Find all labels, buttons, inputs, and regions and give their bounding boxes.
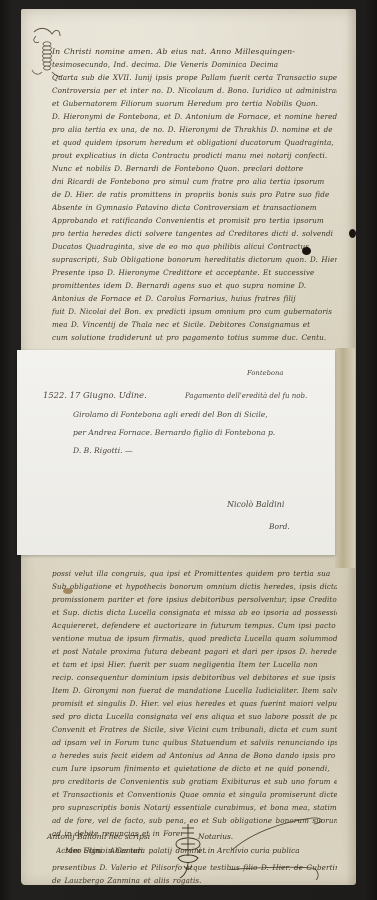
ink-stain (63, 588, 73, 594)
text-line: et Gubernatorem Filiorum suorum Heredum … (52, 97, 337, 110)
label-line: D. B. Rigotti. — (73, 446, 133, 455)
text-line: Ducatos Quadraginta, sive de eo mo quo p… (52, 240, 337, 253)
notary-archive-note: et in Archivio curia publica (198, 846, 300, 855)
notary-signum-note: Meo Signo. Alies tuli (65, 846, 143, 855)
text-line: Nunc et nobilis D. Bernardi de Fontebono… (52, 162, 337, 175)
text-line: Presente ipso D. Hieronyme Credittore et… (52, 266, 337, 279)
text-line: Antonius de Fornace et D. Carolus Fornar… (52, 292, 337, 305)
text-line: tesimosecundo, Ind. decima. Die Veneris … (52, 58, 337, 71)
text-line: mea D. Vincentij de Thala nec et Sicile.… (52, 318, 337, 331)
text-line: suprascripti, Sub Obligatione bonorum he… (52, 253, 337, 266)
label-fold-edge (335, 348, 355, 568)
label-line: per Andrea Fornace. Bernardo figlio di F… (73, 428, 275, 437)
text-line: pro alia tertia ex una, de no. D. Hieron… (52, 123, 337, 136)
text-line: ventione mutua de ipsum firmatis, quod p… (52, 632, 337, 645)
text-line: Convenit et Fratres de Sicile, sive Vici… (52, 723, 337, 736)
text-line: et quod quidem ipsorum heredum et obliga… (52, 136, 337, 149)
text-line: pro creditoris de Convenientis sub grati… (52, 775, 337, 788)
notary-name: Antonij Ballonii hec scripsi (47, 832, 150, 841)
text-line: cum solutione tradiderunt ut pro pagamen… (52, 331, 337, 344)
text-line: prout explicatius in dicta Contractu pro… (52, 149, 337, 162)
text-line: Absente in Gymnasio Patavino dicta Contr… (52, 201, 337, 214)
text-line: promissionem pariter et fore ipsius debi… (52, 593, 337, 606)
text-line: sed pro dicta Lucella consignata vel ens… (52, 710, 337, 723)
text-line: Approbando et ratificando Convenientis e… (52, 214, 337, 227)
ink-stain (302, 247, 311, 255)
text-line: et post Natale proxima futura debeant pa… (52, 645, 337, 658)
text-line: D. Hieronymi de Fontebona, et D. Antoniu… (52, 110, 337, 123)
text-line: dni Ricardi de Fontebono pro simul cum f… (52, 175, 337, 188)
deed-text-upper: In Christi nomine amen. Ab eius nat. Ann… (52, 45, 337, 344)
text-line: Quarta sub die XVII. Iunij ipsis prope P… (52, 71, 337, 84)
text-line: et tam et ipsi Hier. fuerit per suam neg… (52, 658, 337, 671)
text-line: et Transactionis et Conventionis Quae om… (52, 788, 337, 801)
text-line: possi velut illa congruis, qua ipsi et P… (52, 567, 337, 580)
text-line: promittentes idem D. Bernardi agens suo … (52, 279, 337, 292)
label-signature: Nicolò Baldini (227, 500, 284, 509)
text-line: a heredes suis fecit eidem ad Antonius a… (52, 749, 337, 762)
ink-stain (349, 229, 356, 238)
text-line: Acquiereret, defendere et auctorizare in… (52, 619, 337, 632)
label-top-note: Fontebona (247, 369, 283, 377)
text-line: de D. Hier. de ratis promittens in propr… (52, 188, 337, 201)
text-line: et Sup. dictis dicta Lucella consignata … (52, 606, 337, 619)
text-line: Sub obligatione et hypothecis bonorum om… (52, 580, 337, 593)
text-line: pro tertia heredes dicti solvere tangent… (52, 227, 337, 240)
text-line: ad ipsam vel in Forum tunc quibus Statue… (52, 736, 337, 749)
label-line: Pagamento dell'eredità del fu nob. (185, 392, 307, 400)
label-date: 1522. 17 Giugno. Udine. (43, 390, 147, 400)
text-line: cum Iure ipsorum finimento et quietation… (52, 762, 337, 775)
text-line: fuit D. Nicolai del Bon. ex predicti ips… (52, 305, 337, 318)
text-line: In Christi nomine amen. Ab eius nat. Ann… (52, 45, 337, 58)
notary-title: Notarius. (198, 832, 233, 841)
text-line: Item D. Gironymi non fuerat de mandation… (52, 684, 337, 697)
label-line: Girolamo di Fontebona agli eredi del Bon… (73, 410, 268, 419)
text-line: promisit et singulis D. Hier. vel eius h… (52, 697, 337, 710)
text-line: recip. consequentur dominium ipsis debit… (52, 671, 337, 684)
label-signature-sub: Bord. (269, 522, 290, 531)
archival-label: Fontebona 1522. 17 Giugno. Udine. Pagame… (17, 350, 335, 555)
text-line: Controversia per et inter no. D. Nicolau… (52, 84, 337, 97)
